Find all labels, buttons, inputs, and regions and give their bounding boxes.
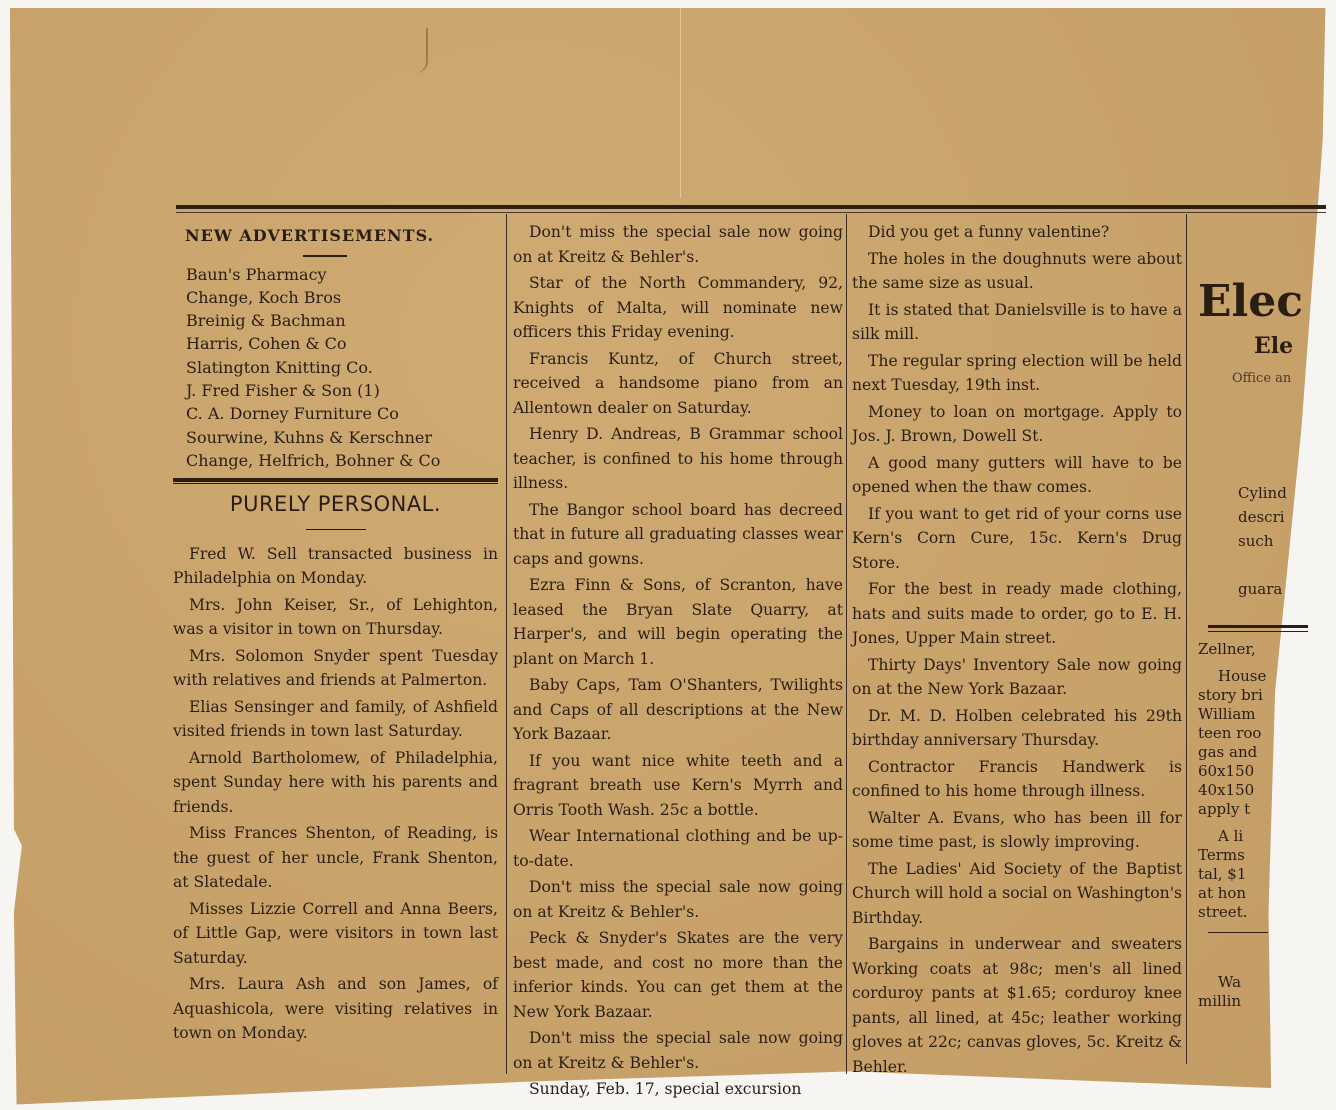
column-3: Did you get a funny valentine? The holes… — [852, 220, 1182, 1081]
news-item: Sunday, Feb. 17, special excursion — [513, 1077, 843, 1102]
ad-fragment: millin — [1198, 992, 1308, 1011]
heading-rule — [306, 529, 366, 530]
ad-fragment: at hon — [1198, 884, 1308, 903]
ad-fragment: apply t — [1198, 800, 1308, 819]
news-item: Thirty Days' Inventory Sale now going on… — [852, 653, 1182, 702]
section-rule — [173, 478, 498, 482]
ad-item: Sourwine, Kuhns & Kerschner — [186, 426, 498, 449]
news-item: Ezra Finn & Sons, of Scranton, have leas… — [513, 573, 843, 671]
ad-fragment — [1238, 553, 1308, 577]
ad-subhead: Ele — [1254, 334, 1308, 359]
news-item: Arnold Bartholomew, of Philadelphia, spe… — [173, 746, 498, 820]
ad-fragment: such — [1238, 529, 1308, 553]
news-item: Star of the North Commandery, 92, Knight… — [513, 271, 843, 345]
ad-fragment: gas and — [1198, 743, 1308, 762]
ad-item: Change, Koch Bros — [186, 286, 498, 309]
ad-fragment: Zellner, — [1198, 640, 1308, 659]
news-item: For the best in ready made clothing, hat… — [852, 577, 1182, 651]
column-divider — [1186, 214, 1187, 1064]
ad-fragment: descri — [1238, 505, 1308, 529]
ads-list: Baun's Pharmacy Change, Koch Bros Breini… — [186, 263, 498, 473]
ad-fragment: Terms — [1198, 846, 1308, 865]
ad-fragment: Cylind — [1238, 481, 1308, 505]
news-item: The regular spring election will be held… — [852, 349, 1182, 398]
news-item: Bargains in underwear and sweaters Worki… — [852, 932, 1182, 1079]
news-item: Contractor Francis Handwerk is confined … — [852, 755, 1182, 804]
ad-fragment: A li — [1198, 827, 1308, 846]
ad-item: J. Fred Fisher & Son (1) — [186, 379, 498, 402]
fold-crease — [680, 8, 681, 198]
ad-office-line: Office an — [1232, 367, 1308, 392]
ad-fragment: teen roo — [1198, 724, 1308, 743]
ad-fragment: tal, $1 — [1198, 865, 1308, 884]
news-item: Dr. M. D. Holben celebrated his 29th bir… — [852, 704, 1182, 753]
column-divider — [506, 214, 507, 1074]
news-item: The holes in the doughnuts were about th… — [852, 247, 1182, 296]
news-item: If you want nice white teeth and a fragr… — [513, 749, 843, 823]
news-item: Francis Kuntz, of Church street, receive… — [513, 347, 843, 421]
personal-heading: PURELY PERSONAL. — [173, 492, 498, 517]
news-item: If you want to get rid of your corns use… — [852, 502, 1182, 576]
news-item: Fred W. Sell transacted business in Phil… — [173, 542, 498, 591]
news-item: Don't miss the special sale now going on… — [513, 1026, 843, 1075]
news-item: Don't miss the special sale now going on… — [513, 875, 843, 924]
news-item: Misses Lizzie Correll and Anna Beers, of… — [173, 897, 498, 971]
news-item: Baby Caps, Tam O'Shanters, Twilights and… — [513, 673, 843, 747]
column-4-torn: Elec Ele Office an Cylind descri such gu… — [1198, 220, 1308, 1080]
section-rule-thin — [1208, 631, 1308, 632]
news-item: Mrs. John Keiser, Sr., of Lehighton, was… — [173, 593, 498, 642]
news-item: The Bangor school board has decreed that… — [513, 498, 843, 572]
news-item: Money to loan on mortgage. Apply to Jos.… — [852, 400, 1182, 449]
ad-fragment: Wa — [1198, 973, 1308, 992]
ads-heading: NEW ADVERTISEMENTS. — [185, 224, 498, 249]
column-2: Don't miss the special sale now going on… — [513, 220, 843, 1104]
column-divider — [846, 214, 847, 1074]
paper-stain — [406, 28, 428, 73]
heading-dash — [303, 255, 347, 257]
news-item: Peck & Snyder's Skates are the very best… — [513, 926, 843, 1024]
ad-fragment: House — [1198, 667, 1308, 686]
news-item: Mrs. Solomon Snyder spent Tuesday with r… — [173, 644, 498, 693]
news-item: Walter A. Evans, who has been ill for so… — [852, 806, 1182, 855]
ad-item: Change, Helfrich, Bohner & Co — [186, 449, 498, 472]
column-1: NEW ADVERTISEMENTS. Baun's Pharmacy Chan… — [173, 220, 498, 1048]
news-item: Don't miss the special sale now going on… — [513, 220, 843, 269]
ad-fragment: William — [1198, 705, 1308, 724]
news-item: Miss Frances Shenton, of Reading, is the… — [173, 821, 498, 895]
news-item: The Ladies' Aid Society of the Baptist C… — [852, 857, 1182, 931]
news-item: Henry D. Andreas, B Grammar school teach… — [513, 422, 843, 496]
section-rule-thin — [173, 483, 498, 484]
top-rule — [176, 205, 1326, 209]
ad-fragment: guara — [1238, 577, 1308, 601]
ad-fragment: 60x150 — [1198, 762, 1308, 781]
ad-item: Harris, Cohen & Co — [186, 332, 498, 355]
news-item: Wear International clothing and be up-to… — [513, 824, 843, 873]
ad-fragment: story bri — [1198, 686, 1308, 705]
news-item: It is stated that Danielsville is to hav… — [852, 298, 1182, 347]
section-rule — [1208, 625, 1308, 628]
top-rule-thin — [176, 212, 1326, 213]
ad-fragment: 40x150 — [1198, 781, 1308, 800]
ad-headline: Elec — [1198, 276, 1308, 328]
ad-item: Slatington Knitting Co. — [186, 356, 498, 379]
ad-item: Baun's Pharmacy — [186, 263, 498, 286]
news-item: Mrs. Laura Ash and son James, of Aquashi… — [173, 972, 498, 1046]
ad-item: Breinig & Bachman — [186, 309, 498, 332]
news-item: A good many gutters will have to be open… — [852, 451, 1182, 500]
ad-fragment: street. — [1198, 903, 1308, 922]
news-item: Elias Sensinger and family, of Ashfield … — [173, 695, 498, 744]
news-item: Did you get a funny valentine? — [852, 220, 1182, 245]
ad-item: C. A. Dorney Furniture Co — [186, 402, 498, 425]
